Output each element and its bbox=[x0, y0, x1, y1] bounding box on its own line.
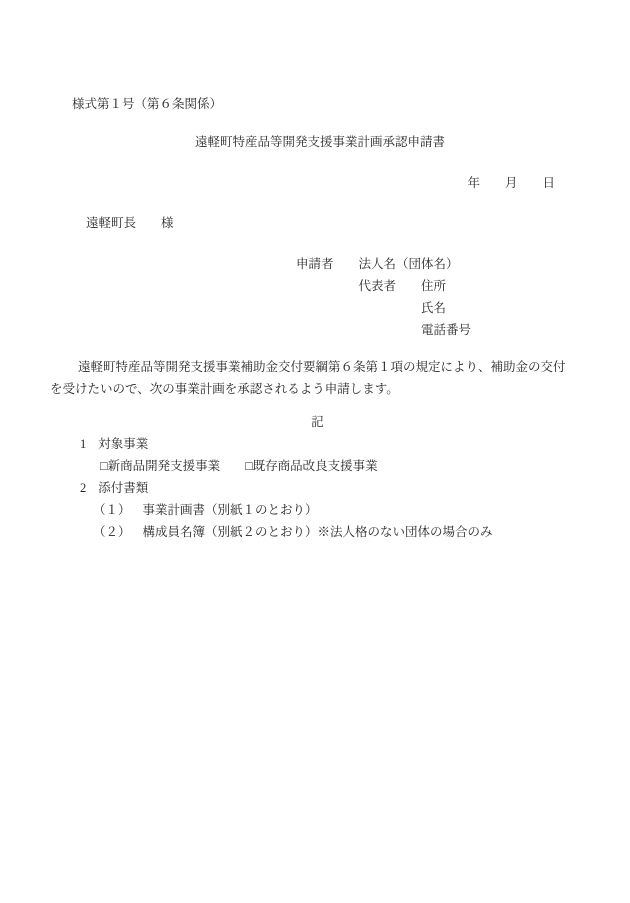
attachment-2-number: （２） bbox=[93, 521, 131, 543]
checkbox-existing-product-icon: □ bbox=[245, 455, 253, 477]
record-heading: 記 bbox=[62, 411, 573, 433]
target-business-options: □ 新商品開発支援事業 □ 既存商品改良支援事業 bbox=[100, 455, 573, 477]
option-existing-product: □ 既存商品改良支援事業 bbox=[245, 455, 378, 477]
option-new-product: □ 新商品開発支援事業 bbox=[100, 455, 220, 477]
attachment-item-1: （１） 事業計画書（別紙１のとおり） bbox=[93, 499, 573, 521]
applicant-line-representative-address: 代表者 住所 bbox=[296, 275, 573, 297]
application-form-page: 様式第１号（第６条関係） 遠軽町特産品等開発支援事業計画承認申請書 年 月 日 … bbox=[0, 0, 630, 903]
section-1-target-business: 1 対象事業 bbox=[80, 433, 573, 455]
section-1-label: 対象事業 bbox=[98, 433, 148, 455]
attachment-1-text: 事業計画書（別紙１のとおり） bbox=[143, 499, 318, 521]
option-new-product-label: 新商品開発支援事業 bbox=[108, 455, 221, 477]
checkbox-new-product-icon: □ bbox=[100, 455, 108, 477]
form-number: 様式第１号（第６条関係） bbox=[72, 93, 573, 115]
document-title: 遠軽町特産品等開発支援事業計画承認申請書 bbox=[67, 131, 573, 153]
option-existing-product-label: 既存商品改良支援事業 bbox=[253, 455, 378, 477]
body-line-1: 遠軽町特産品等開発支援事業補助金交付要綱第６条第１項の規定により、補助金の交付 bbox=[50, 356, 573, 378]
attachment-item-2: （２） 構成員名簿（別紙２のとおり）※法人格のない団体の場合のみ bbox=[93, 521, 573, 543]
attachment-1-number: （１） bbox=[93, 499, 131, 521]
body-line-2: を受けたいので、次の事業計画を承認されるよう申請します。 bbox=[50, 378, 573, 400]
section-2-number: 2 bbox=[80, 477, 86, 499]
section-2-attachments: 2 添付書類 bbox=[80, 477, 573, 499]
addressee-line: 遠軽町長 様 bbox=[86, 212, 573, 234]
applicant-line-phone: 電話番号 bbox=[296, 319, 573, 341]
applicant-line-corporate-name: 申請者 法人名（団体名） bbox=[296, 253, 573, 275]
date-line: 年 月 日 bbox=[50, 172, 555, 194]
section-2-label: 添付書類 bbox=[98, 477, 148, 499]
section-1-number: 1 bbox=[80, 433, 86, 455]
body-paragraph: 遠軽町特産品等開発支援事業補助金交付要綱第６条第１項の規定により、補助金の交付 … bbox=[50, 356, 573, 400]
applicant-block: 申請者 法人名（団体名） 代表者 住所 氏名 電話番号 bbox=[296, 253, 573, 341]
attachment-2-text: 構成員名簿（別紙２のとおり）※法人格のない団体の場合のみ bbox=[143, 521, 493, 543]
applicant-line-name: 氏名 bbox=[296, 297, 573, 319]
